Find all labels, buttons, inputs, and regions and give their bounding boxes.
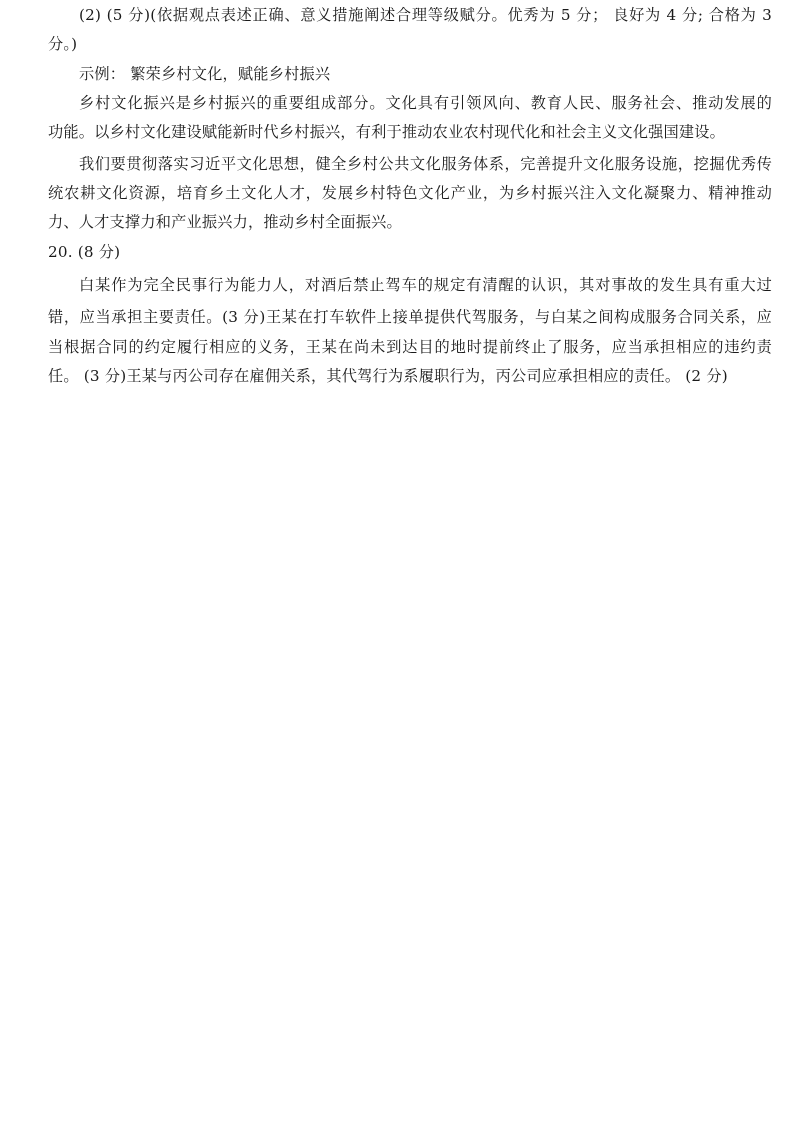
question-heading: 20. (8 分): [48, 242, 120, 262]
paragraph-line: 我们要贯彻落实习近平文化思想，健全乡村公共文化服务体系，完善提升文化服务设施，挖…: [79, 154, 772, 174]
scoring-criteria-line: (2) (5 分)(依据观点表述正确、意义措施阐述合理等级赋分。优秀为 5 分；…: [79, 5, 772, 25]
scoring-criteria-line-end: 分。): [48, 34, 77, 54]
paragraph-line: 功能。以乡村文化建设赋能新时代乡村振兴，有利于推动农业农村现代化和社会主义文化强…: [48, 122, 725, 142]
paragraph-line: 乡村文化振兴是乡村振兴的重要组成部分。文化具有引领风向、教育人民、服务社会、推动…: [79, 93, 772, 113]
answer-line: 错，应当承担主要责任。(3 分)王某在打车软件上接单提供代驾服务，与白某之间构成…: [48, 307, 772, 327]
paragraph-line: 统农耕文化资源，培育乡土文化人才，发展乡村特色文化产业，为乡村振兴注入文化凝聚力…: [48, 183, 772, 203]
example-title: 示例： 繁荣乡村文化，赋能乡村振兴: [79, 64, 330, 84]
answer-line: 白某作为完全民事行为能力人，对酒后禁止驾车的规定有清醒的认识，其对事故的发生具有…: [79, 275, 772, 295]
answer-line: 任。 (3 分)王某与丙公司存在雇佣关系，其代驾行为系履职行为，丙公司应承担相应…: [48, 366, 728, 386]
answer-line: 当根据合同的约定履行相应的义务，王某在尚未到达目的地时提前终止了服务，应当承担相…: [48, 337, 772, 357]
paragraph-line: 力、人才支撑力和产业振兴力，推动乡村全面振兴。: [48, 212, 402, 232]
